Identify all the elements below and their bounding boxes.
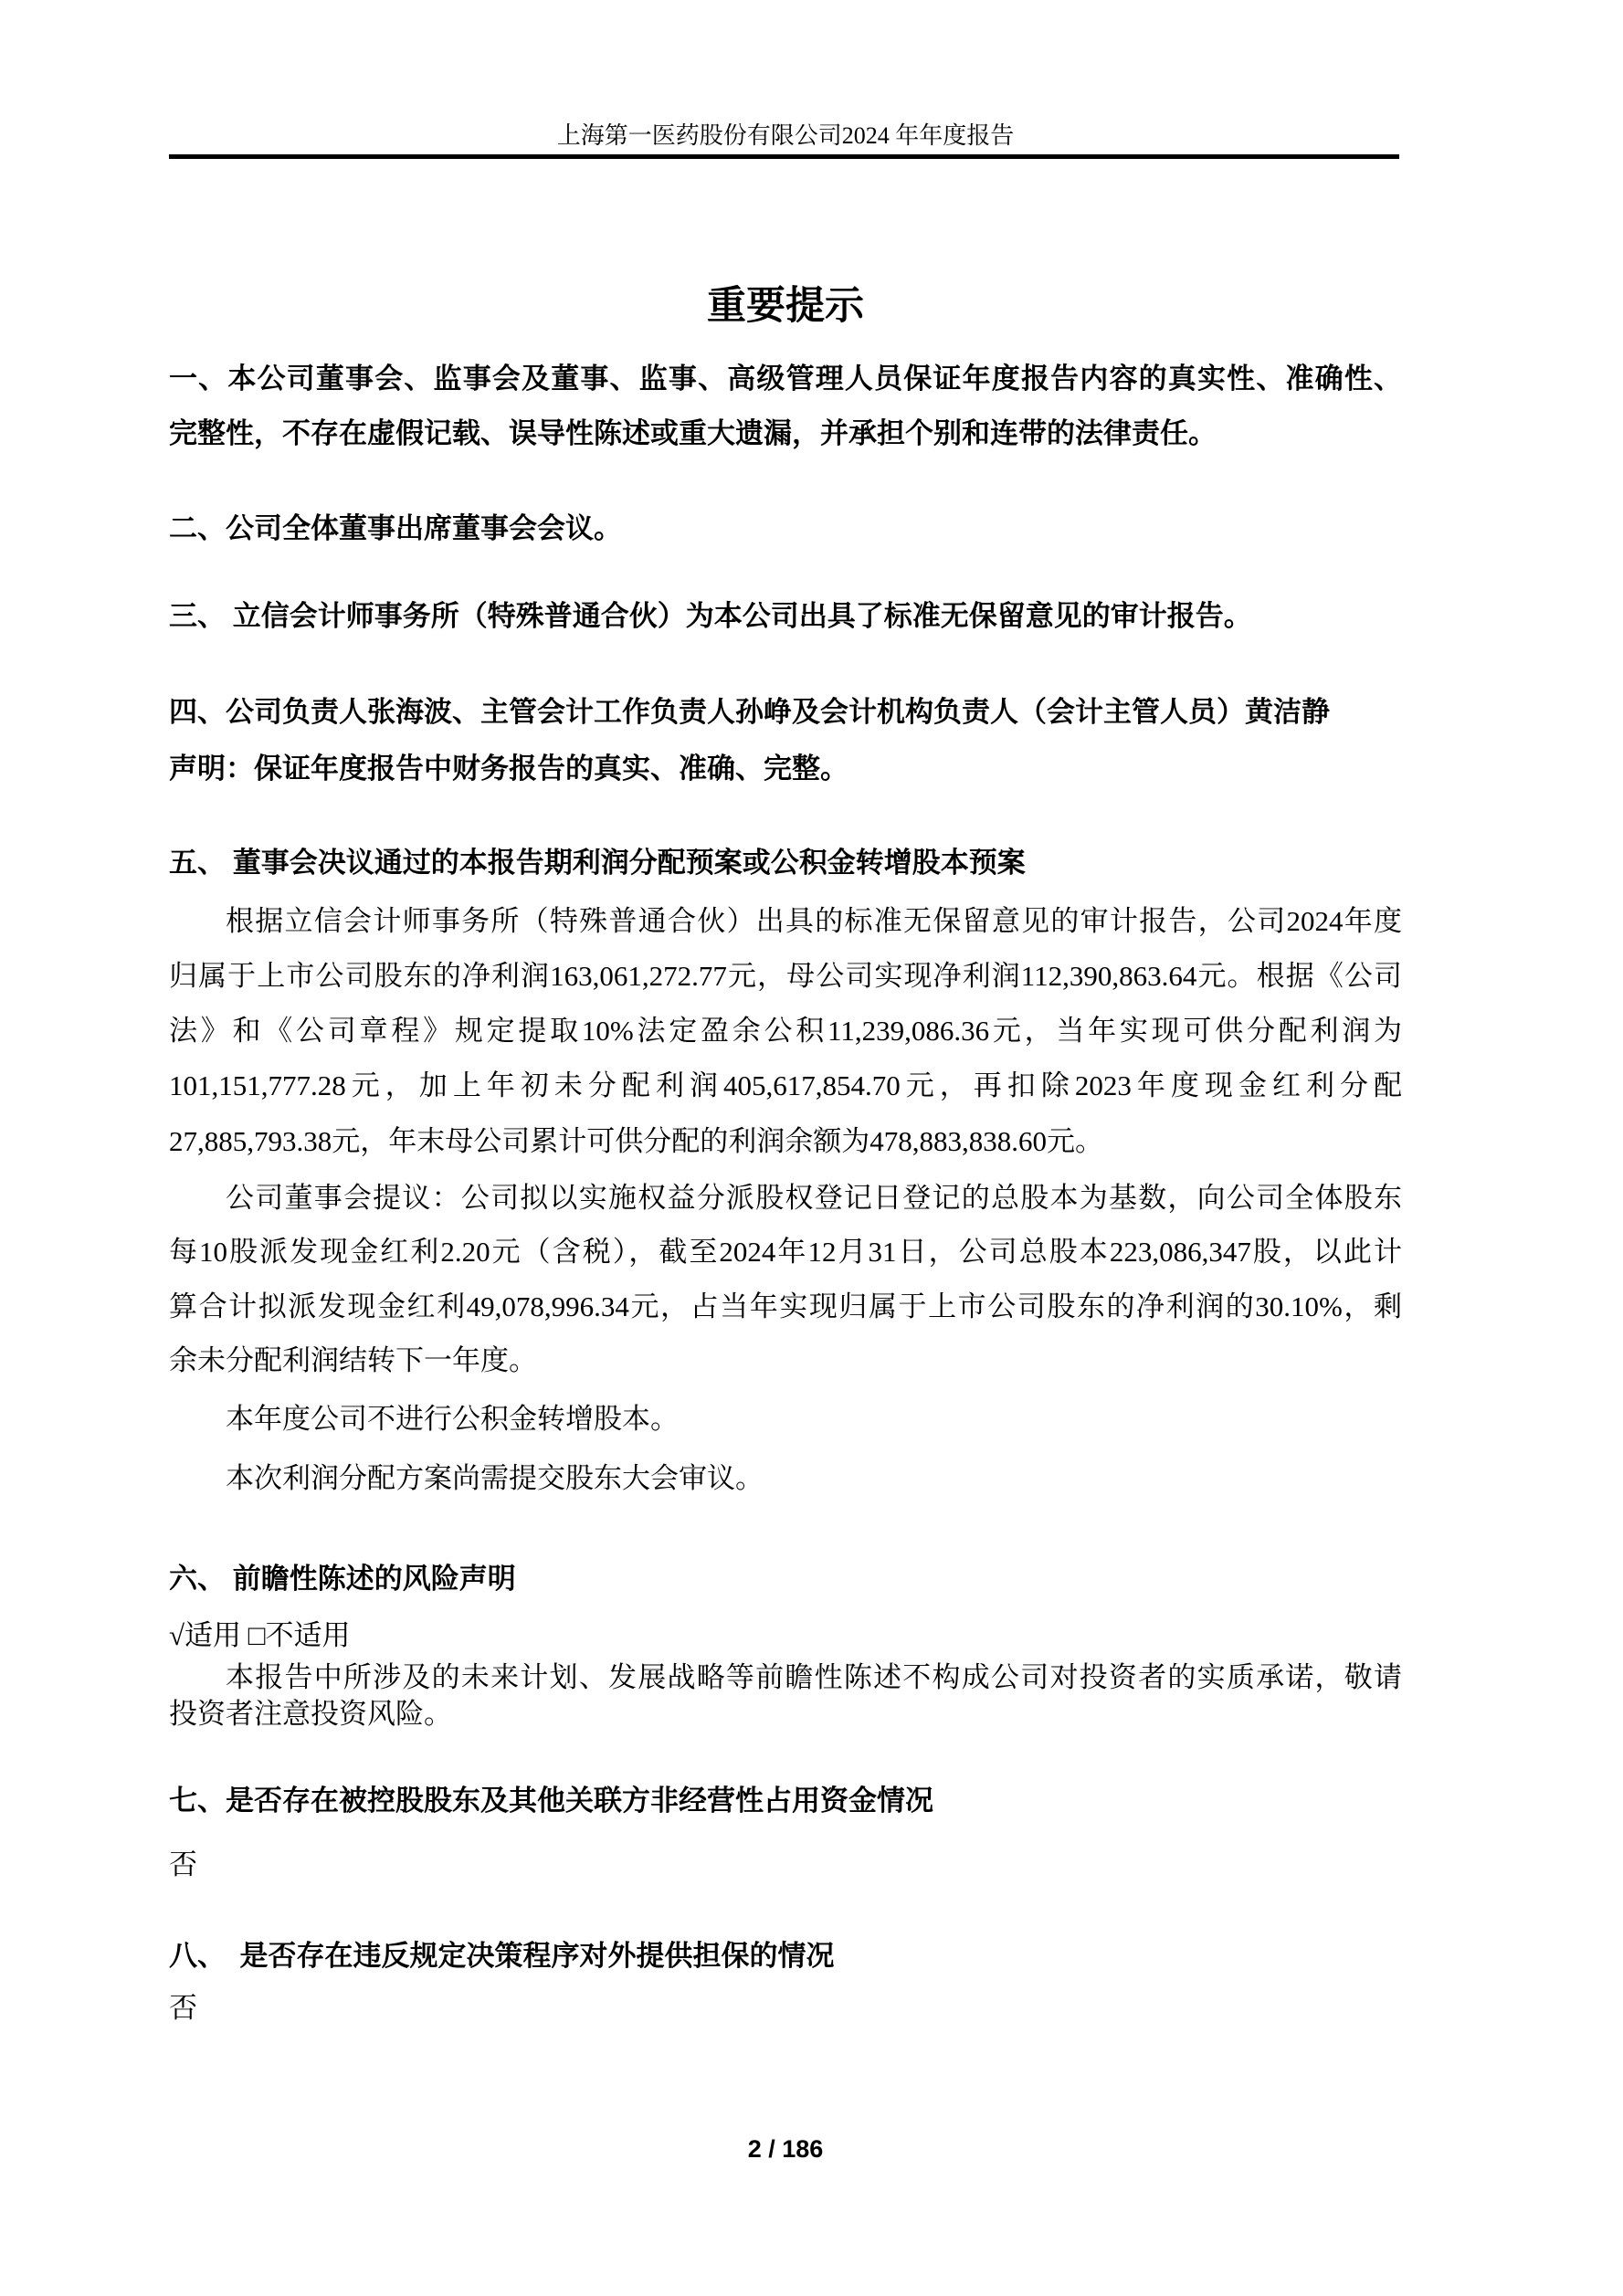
section-8-answer: 否 (169, 1991, 1402, 2025)
footer-page-number: 2 / 186 (169, 2135, 1402, 2164)
section-5-para-2-line-1: 公司董事会提议：公司拟以实施权益分派股权登记日登记的总股本为基数，向公司全体股东 (169, 1181, 1402, 1215)
section-5-para-1-line-5: 27,885,793.38元，年末母公司累计可供分配的利润余额为478,883,… (169, 1124, 1402, 1158)
section-5-para-2-line-4: 余未分配利润结转下一年度。 (169, 1343, 1402, 1377)
section-5-para-2-line-2: 每10股派发现金红利2.20元（含税），截至2024年12月31日，公司总股本2… (169, 1235, 1402, 1269)
section-4-line-1: 四、公司负责人张海波、主管会计工作负责人孙峥及会计机构负责人（会计主管人员）黄洁… (169, 695, 1402, 729)
header-rule (169, 154, 1399, 159)
section-5-para-1-line-3: 法》和《公司章程》规定提取10%法定盈余公积11,239,086.36元，当年实… (169, 1014, 1402, 1048)
section-6-para-1-line-1: 本报告中所涉及的未来计划、发展战略等前瞻性陈述不构成公司对投资者的实质承诺，敬请 (169, 1660, 1402, 1694)
section-7-answer: 否 (169, 1848, 1402, 1881)
section-6-para-1-line-2: 投资者注意投资风险。 (169, 1697, 1402, 1731)
section-3-line-1: 三、 立信会计师事务所（特殊普通合伙）为本公司出具了标准无保留意见的审计报告。 (169, 599, 1402, 633)
page-header-title: 上海第一医药股份有限公司2024 年年度报告 (169, 117, 1402, 151)
page-title: 重要提示 (169, 275, 1402, 331)
section-4-line-2: 声明：保证年度报告中财务报告的真实、准确、完整。 (169, 752, 1402, 785)
section-6-heading: 六、 前瞻性陈述的风险声明 (169, 1562, 1402, 1596)
section-5-para-2-line-3: 算合计拟派发现金红利49,078,996.34元，占当年实现归属于上市公司股东的… (169, 1290, 1402, 1323)
section-5-para-1-line-2: 归属于上市公司股东的净利润163,061,272.77元，母公司实现净利润112… (169, 959, 1402, 993)
section-5-para-4-line-1: 本次利润分配方案尚需提交股东大会审议。 (169, 1461, 1402, 1495)
section-5-para-3-line-1: 本年度公司不进行公积金转增股本。 (169, 1402, 1402, 1436)
section-2-line-1: 二、公司全体董事出席董事会会议。 (169, 511, 1402, 545)
section-7-heading: 七、是否存在被控股股东及其他关联方非经营性占用资金情况 (169, 1784, 1402, 1817)
section-6-applicability: √适用 □不适用 (169, 1618, 1402, 1652)
section-1-line-2: 完整性，不存在虚假记载、误导性陈述或重大遗漏，并承担个别和连带的法律责任。 (169, 416, 1402, 450)
section-5-para-1-line-1: 根据立信会计师事务所（特殊普通合伙）出具的标准无保留意见的审计报告，公司2024… (169, 904, 1402, 938)
section-8-heading: 八、 是否存在违反规定决策程序对外提供担保的情况 (169, 1939, 1402, 1973)
section-5-heading: 五、 董事会决议通过的本报告期利润分配预案或公积金转增股本预案 (169, 846, 1402, 879)
section-1-line-1: 一、本公司董事会、监事会及董事、监事、高级管理人员保证年度报告内容的真实性、准确… (169, 362, 1402, 395)
section-5-para-1-line-4: 101,151,777.28元，加上年初未分配利润405,617,854.70元… (169, 1069, 1402, 1102)
document-page: 上海第一医药股份有限公司2024 年年度报告 重要提示 一、本公司董事会、监事会… (0, 0, 1623, 2296)
